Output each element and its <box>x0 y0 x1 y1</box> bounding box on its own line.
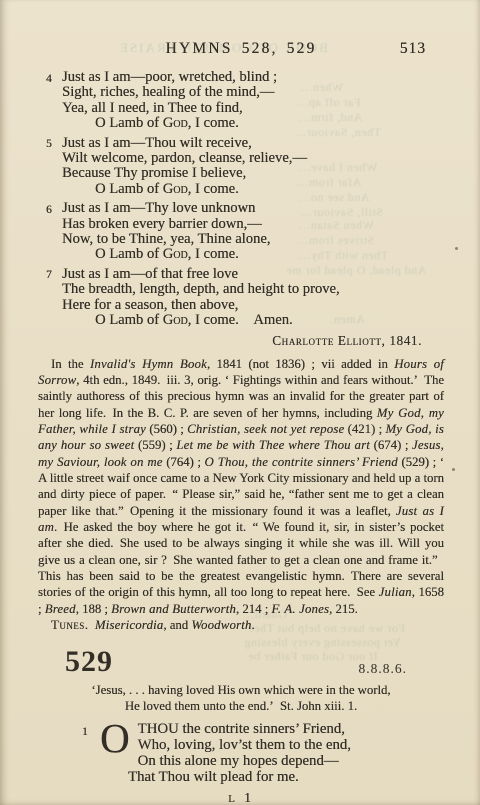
verse-lines: Just as I am—of that free loveThe breadt… <box>62 267 444 329</box>
hymn-verse: 6Just as I am—Thy love unknownHas broken… <box>62 201 444 263</box>
verse-number: 1 <box>82 724 88 740</box>
hymn-529-heading: 529 8.8.8.6. <box>38 646 444 680</box>
hymn-verse: 4Just as I am—poor, wretched, blind ;Sig… <box>62 70 444 132</box>
hymn-verse: 5Just as I am—Thou wilt receive,Wilt wel… <box>62 136 444 198</box>
hymn-meter: 8.8.8.6. <box>359 661 408 677</box>
verse-lines: Just as I am—Thou wilt receive,Wilt welc… <box>62 136 444 198</box>
running-header: HYMNS 528, 529 513 <box>38 40 444 59</box>
hymn-528-verses: 4Just as I am—poor, wretched, blind ;Sig… <box>62 70 444 329</box>
verse-number: 7 <box>46 268 52 283</box>
hymn-number: 529 <box>65 646 113 678</box>
dropcap-letter: O <box>100 722 130 755</box>
verse-number: 6 <box>46 203 52 218</box>
page-number: 513 <box>400 40 426 58</box>
printer-signature-mark: L 1 <box>38 790 444 805</box>
hymn-529-verse-1: 1 O THOU the contrite sinners’ Friend,Wh… <box>100 721 444 786</box>
hymn-commentary: In the Invalid's Hymn Book, 1841 (not 18… <box>38 356 444 618</box>
page-content: HYMNS 528, 529 513 4Just as I am—poor, w… <box>0 0 480 805</box>
verse-lines: Just as I am—poor, wretched, blind ;Sigh… <box>62 70 444 132</box>
verse-lines: THOU the contrite sinners’ Friend,Who, l… <box>100 721 351 786</box>
scripture-epigraph: ‘Jesus, . . . having loved His own which… <box>38 683 444 713</box>
verse-number: 4 <box>46 72 52 87</box>
verse-lines: Just as I am—Thy love unknownHas broken … <box>62 201 444 263</box>
author-attribution: Charlotte Elliott, 1841. <box>38 333 444 349</box>
tunes-line: Tunes. Misericordia, and Woodworth. <box>38 617 444 633</box>
verse-number: 5 <box>46 137 52 152</box>
hymn-verse: 7Just as I am—of that free loveThe bread… <box>62 267 444 329</box>
page-title: HYMNS 528, 529 <box>166 40 317 57</box>
book-page: BOOK OF COMMON PRAISEWhen…Far off ap…And… <box>0 0 480 805</box>
